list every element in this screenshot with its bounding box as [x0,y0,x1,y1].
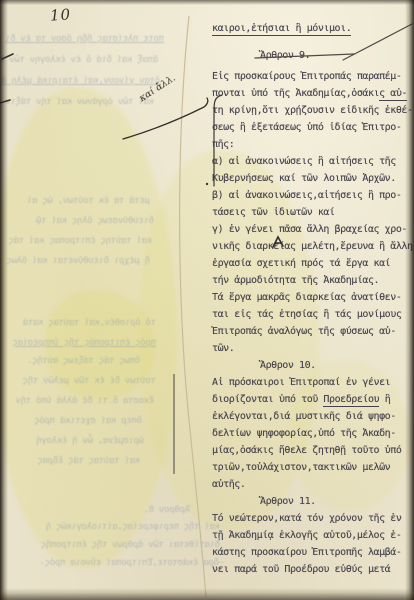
typed-text-column: καιροι,ἐτήσιαι ἢ μόνιμοι.Ἄρθρον 9.Εἰς πρ… [212,20,412,578]
crease-line [180,16,206,598]
article-heading-line: Ἄρθρον 11. [212,493,412,510]
typed-line: πῆς: [212,136,412,153]
text-segment: διορίζονται ὑπό τοῦ [212,394,323,405]
bleedthrough-line: τούτων δέ ἐκ τῶν μελῶν τῆς [8,376,156,386]
text-segment: πονται ὑπό τῆς Ἀκαδημίας,ὁσάκι [212,88,379,99]
typed-line: τῇ Ἀκαδημίᾳ ἐκλογῆς αὐτοῦ,μέλος ἑ- [212,527,412,544]
typed-line: ται εἰς τάς ἐτησίας ἢ τάς μονίμους [212,306,412,323]
typed-line: πονται ὑπό τῆς Ἀκαδημίας,ὁσάκις αὑ- [212,85,412,102]
typed-line: αὐτῆς. [212,476,412,493]
typed-line: ἐκλέγονται,διά μυστικῆς διά ψηφο- [212,408,412,425]
halftone-speckle [0,88,177,568]
typed-line: τη κρίνῃ,ὅτι χρῄζουσιν εἰδικῆς ἐκθέ- [212,102,412,119]
typed-line: α) αἱ ἀνακοινώσεις ἢ αἰτήσεις τῆς [212,153,412,170]
edge-dash-mark [2,54,13,59]
typed-line: Αἱ πρόσκαιροι Ἐπιτροπαί ἐν γένει [212,374,412,391]
typed-line: νει παρά τοῦ Προέδρου εὐθύς μετά [212,561,412,578]
bleedthrough-line: ἢ μέχρι διευθύνεται καί ὅλως [0,256,150,266]
typed-line: τήν ἁρμοδιότητα τῆς Ἀκαδημίας. [212,272,412,289]
typed-line: τάσεις τῶν ἰδιωτῶν καί [212,204,412,221]
bleedthrough-line: καί τῆς περιφερείας,αἰτιολογικῶς ἡ [10,522,220,532]
bleedthrough-line: πρός ἐπιτροπάς τῆς ὑπηρεσίας [4,338,156,348]
typed-line: Κυβερνήσεως καί τῶν λοιπῶν Ἀρχῶν. [212,170,412,187]
note-underline-stroke [123,98,208,139]
text-segment: ἢ [379,394,390,405]
typed-line: Τό νεώτερον,κατά τόν χρόνον τῆς ἐν [212,510,412,527]
underlined-segment: Προεδρείου [323,394,379,407]
typed-line: Εἰς προσκαίρους Ἐπιτροπάς παραπέμ- [212,68,412,85]
typed-line: Τά ἔργα μακρᾶς διαρκείας ἀνατίθεν- [212,289,412,306]
bleedthrough-line: ὡρισμένα, ὧν ἡ ἐκλογή [4,436,144,446]
bleedthrough-line: ὅπερ καί σχετικά πρός [12,416,142,426]
bleedthrough-line: Ἄρθρον 8. [40,505,190,515]
typed-line: τριῶν,τοὐλάχιστον,τακτικῶν μελῶν [212,459,412,476]
scan-edge-left [0,0,8,600]
bleedthrough-line: —δρα ἑκάστοτε,Ἐπιτροπαί εὔνοια πρός- [4,558,224,568]
scanned-document-page: { "page": { "number": "10", "margin_note… [0,0,414,600]
typed-line: καιροι,ἐτήσιαι ἢ μόνιμοι. [212,20,412,37]
typed-line: δελτίων ψηφοφορίας,ὑπό τῆς Ἀκαδη- [212,425,412,442]
typed-line: β) αἱ ἀνακοινώσεις,αἰτήσεις ἢ προ- [212,187,412,204]
bleedthrough-line: διευθύνσεως ὅλης καί τῷ [4,216,154,226]
margin-dot-mark [206,183,208,185]
bleedthrough-line: ὅταν γίνουν,καί ἑταιρικά μέλη ἄλλα [0,76,160,86]
typed-line: ἐργασία σχετική πρός τά ἔργα καί [212,255,412,272]
scan-edge-top [0,0,414,5]
bleedthrough-line: καί ταύτης ἐπιτροπας καί τάς [10,236,152,246]
typed-line: τῶν. [212,340,412,357]
typed-line: σεως ἢ ἐξετάσεως ὑπό ἰδίας Ἐπιτρο- [212,119,412,136]
bleedthrough-line: ἅπαξ καί διά ὅ ἐν ἐκλογην τῶν δε [6,55,158,65]
bleedthrough-line: διατίθεται τῶν ἄρθρων τῆς ἐπιτροπῆς [20,540,220,550]
typed-line: Ἐπιτροπάς ἀναλόγως τῆς φύσεως αὐ- [212,323,412,340]
scan-edge-bottom [0,588,414,600]
bleedthrough-line: τό ὁρισθέν,καί ταύτας κατά [14,318,156,328]
underlined-segment: ς αὑ- [379,88,407,101]
bleedthrough-line: ποτε πλείστας ἤδη ὅσον τα ἐν δι [6,34,164,44]
halftone-speckle [45,290,155,400]
typed-line: γ) ἐν γένει πᾶσα ἄλλη βραχείας χρο- [212,221,412,238]
bleedthrough-line: καί τῶν ὀργάνων καί τήν τάξιν [14,97,154,107]
typed-line: κάστης προσκαίρου Ἐπιτροπῆς λαμβά- [212,544,412,561]
article-heading-line: Ἄρθρον 10. [212,357,412,374]
bleedthrough-line: καί ταύτας τάς ἕδρας [10,456,140,466]
page-number: 10 [49,5,71,24]
article-heading-line: Ἄρθρον 9. [212,47,412,64]
typed-line: νικῆς διαρκείας μελέτη,ἔρευνα ἢ ἄλλη [212,238,412,255]
bleedthrough-line: ἕκαστα ὅ.τι δέ ἀλλά ὑπό τήν [4,396,154,406]
edge-dash-mark [0,100,10,103]
bleedthrough-line: μετά τα ἐκ τούτων, ὡς αἱ [10,196,150,206]
bleedthrough-line: ὅπως τάς τάξεως αὐτῆς. [10,356,140,366]
underlined-segment: καιροι,ἐτήσιαι ἢ μόνιμοι. [212,23,351,36]
typed-line: διορίζονται ὑπό τοῦ Προεδρείου ἢ [212,391,412,408]
typed-line: μίας,ὁσάκις ἤθελε ζητηθῇ τοῦτο ὑπό [212,442,412,459]
margin-handwritten-note: καί ἄλλ. [137,73,177,104]
